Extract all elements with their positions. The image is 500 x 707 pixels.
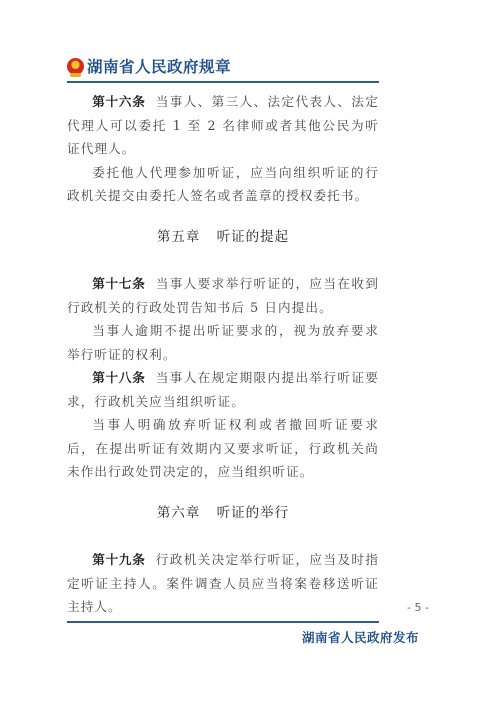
article-19: 第十九条行政机关决定举行听证，应当及时指定听证主持人。案件调查人员应当将案卷移送… [67, 548, 379, 619]
chapter-heading-5: 第五章听证的提起 [67, 226, 379, 250]
chapter-heading-6: 第六章听证的举行 [67, 502, 379, 526]
paragraph: 当事人明确放弃听证权利或者撤回听证要求后，在提出听证有效期内又要求听证，行政机关… [67, 413, 379, 484]
chapter-number: 第五章 [157, 229, 201, 245]
header-title: 湖南省人民政府规章 [87, 55, 231, 77]
article-16: 第十六条当事人、第三人、法定代表人、法定代理人可以委托 1 至 2 名律师或者其… [67, 90, 379, 161]
document-header: 湖南省人民政府规章 [67, 55, 231, 77]
chapter-number: 第六章 [157, 505, 201, 521]
national-emblem-icon [67, 58, 84, 75]
document-body: 第十六条当事人、第三人、法定代表人、法定代理人可以委托 1 至 2 名律师或者其… [67, 90, 379, 619]
chapter-title: 听证的提起 [217, 229, 290, 245]
page-number: - 5 - [407, 601, 429, 614]
footer-divider [67, 621, 379, 623]
publisher-label: 湖南省人民政府发布 [302, 628, 419, 646]
article-number: 第十六条 [92, 94, 145, 109]
header-divider [67, 81, 379, 83]
article-number: 第十七条 [92, 276, 145, 291]
article-number: 第十八条 [92, 370, 145, 385]
paragraph: 当事人逾期不提出听证要求的，视为放弃要求举行听证的权利。 [67, 319, 379, 366]
chapter-title: 听证的举行 [217, 505, 290, 521]
article-18: 第十八条当事人在规定期限内提出举行听证要求，行政机关应当组织听证。 [67, 366, 379, 413]
article-17: 第十七条当事人要求举行听证的，应当在收到行政机关的行政处罚告知书后 5 日内提出… [67, 272, 379, 319]
article-number: 第十九条 [92, 552, 145, 567]
paragraph: 委托他人代理参加听证，应当向组织听证的行政机关提交由委托人签名或者盖章的授权委托… [67, 161, 379, 208]
